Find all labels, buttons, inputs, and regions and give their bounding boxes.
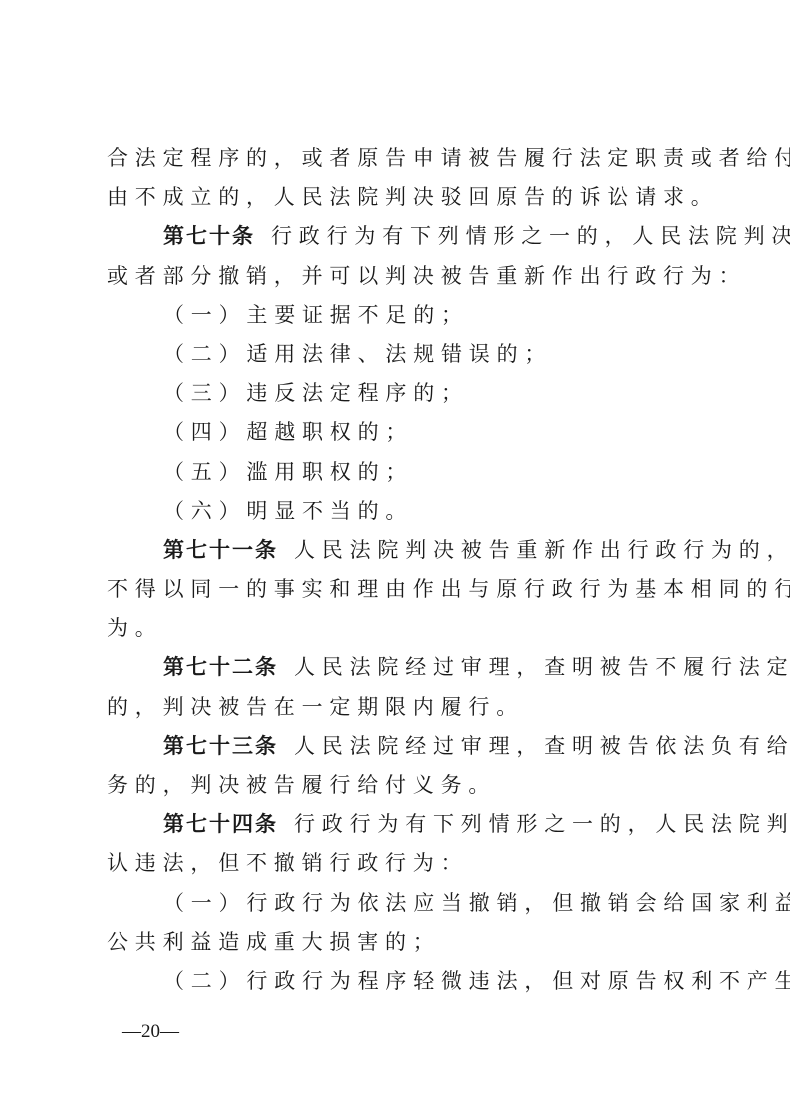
body-line: 务的，判决被告履行给付义务。 bbox=[107, 766, 697, 805]
list-item: （二）行政行为程序轻微违法，但对原告权利不产生实际影 bbox=[107, 962, 697, 1001]
article-heading: 第七十四条 bbox=[163, 812, 278, 836]
body-line: 合法定程序的，或者原告申请被告履行法定职责或者给付义务理 bbox=[107, 139, 697, 178]
article-74: 第七十四条行政行为有下列情形之一的，人民法院判决确 bbox=[107, 805, 697, 844]
list-item: （一）主要证据不足的； bbox=[107, 296, 697, 335]
article-text: 行政行为有下列情形之一的，人民法院判决撤销 bbox=[271, 224, 790, 248]
article-73: 第七十三条人民法院经过审理，查明被告依法负有给付义 bbox=[107, 727, 697, 766]
article-72: 第七十二条人民法院经过审理，查明被告不履行法定职责 bbox=[107, 648, 697, 687]
body-line: 认违法，但不撤销行政行为： bbox=[107, 844, 697, 883]
article-heading: 第七十条 bbox=[163, 224, 255, 248]
body-line: 或者部分撤销，并可以判决被告重新作出行政行为： bbox=[107, 257, 697, 296]
article-text: 人民法院经过审理，查明被告不履行法定职责 bbox=[294, 655, 790, 679]
article-text: 行政行为有下列情形之一的，人民法院判决确 bbox=[294, 812, 790, 836]
article-71: 第七十一条人民法院判决被告重新作出行政行为的，被告 bbox=[107, 531, 697, 570]
list-item: （三）违反法定程序的； bbox=[107, 374, 697, 413]
list-item: （五）滥用职权的； bbox=[107, 453, 697, 492]
body-line: 公共利益造成重大损害的； bbox=[107, 923, 697, 962]
document-page: 合法定程序的，或者原告申请被告履行法定职责或者给付义务理 由不成立的，人民法院判… bbox=[107, 139, 697, 1001]
list-item: （四）超越职权的； bbox=[107, 413, 697, 452]
page-number: —20— bbox=[122, 1021, 179, 1043]
list-item: （一）行政行为依法应当撤销，但撤销会给国家利益、社会 bbox=[107, 884, 697, 923]
body-line: 不得以同一的事实和理由作出与原行政行为基本相同的行政行 bbox=[107, 570, 697, 609]
list-item: （二）适用法律、法规错误的； bbox=[107, 335, 697, 374]
body-line: 的，判决被告在一定期限内履行。 bbox=[107, 688, 697, 727]
article-heading: 第七十三条 bbox=[163, 734, 278, 758]
article-text: 人民法院判决被告重新作出行政行为的，被告 bbox=[294, 538, 790, 562]
body-line: 为。 bbox=[107, 609, 697, 648]
list-item: （六）明显不当的。 bbox=[107, 492, 697, 531]
body-line: 由不成立的，人民法院判决驳回原告的诉讼请求。 bbox=[107, 178, 697, 217]
article-heading: 第七十二条 bbox=[163, 655, 278, 679]
article-heading: 第七十一条 bbox=[163, 538, 278, 562]
article-text: 人民法院经过审理，查明被告依法负有给付义 bbox=[294, 734, 790, 758]
article-70: 第七十条行政行为有下列情形之一的，人民法院判决撤销 bbox=[107, 217, 697, 256]
